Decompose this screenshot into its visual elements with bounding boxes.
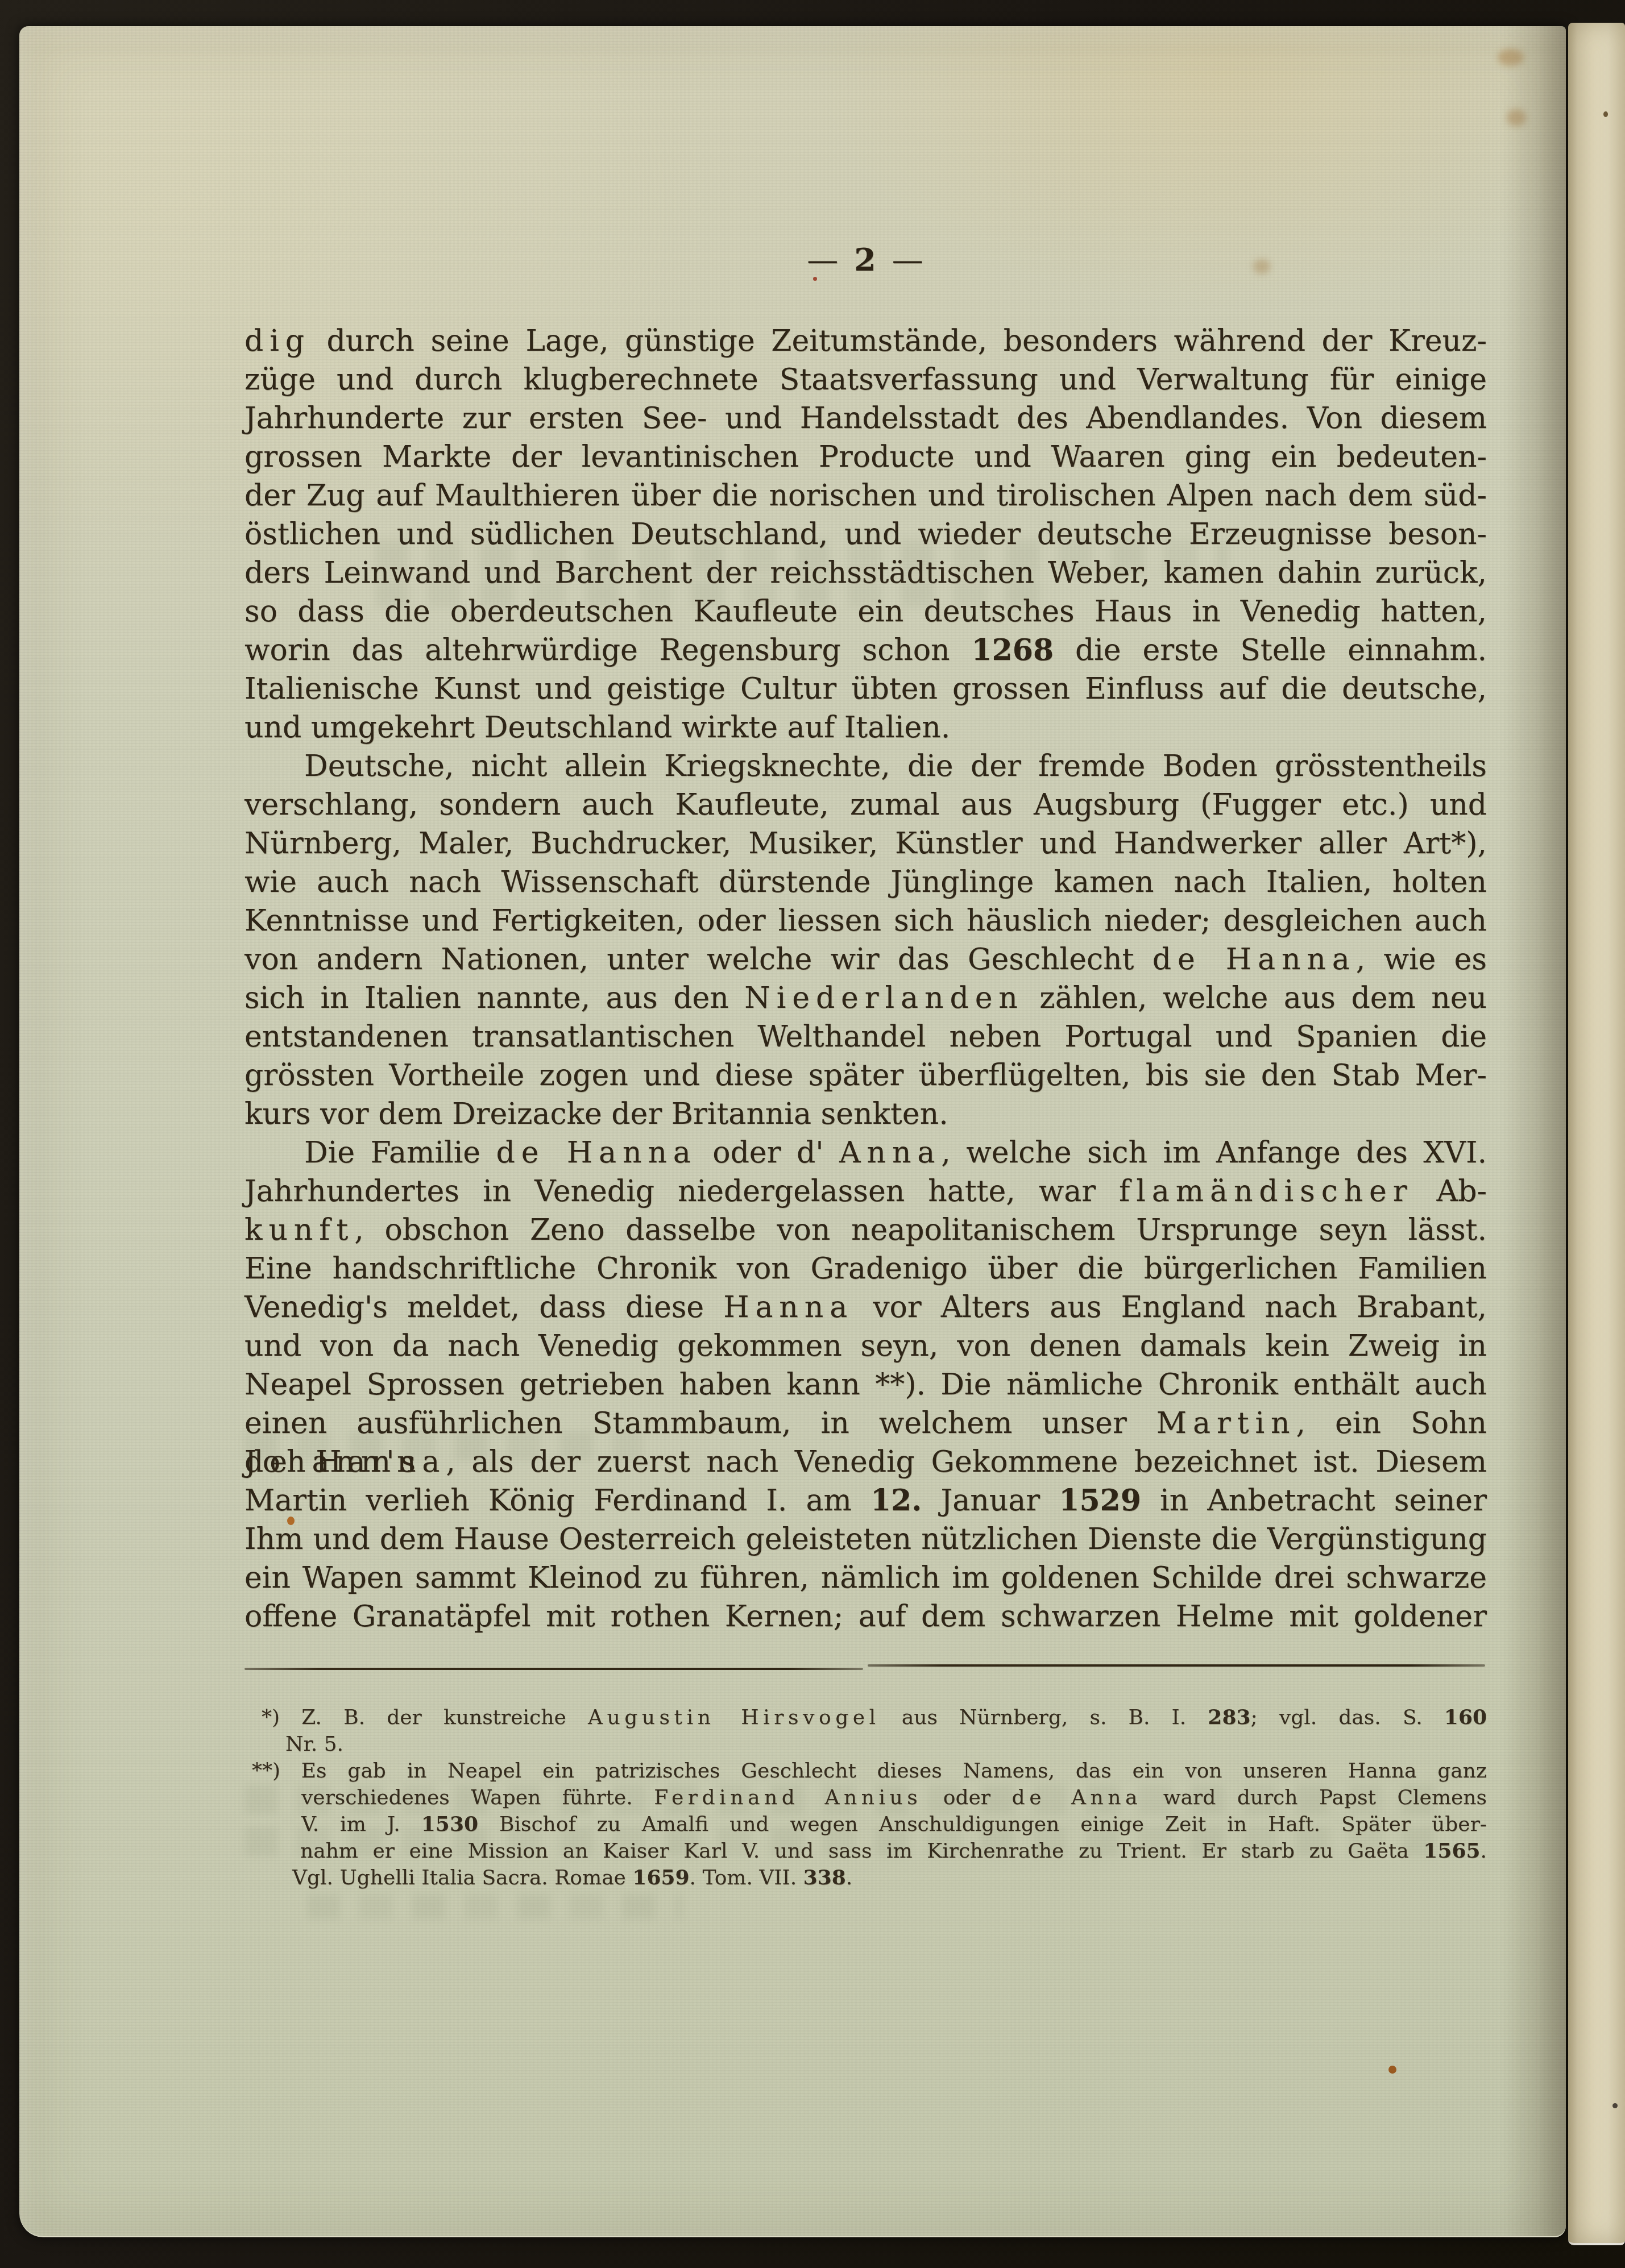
footnotes: *) Z. B. der kunstreiche Augustin Hirsvo… [244, 1704, 1487, 1891]
text-line: Martin verlieh König Ferdinand I. am 12.… [244, 1481, 1487, 1520]
page-number-value: 2 [839, 241, 892, 278]
paper-stain [1507, 109, 1526, 126]
text-line: sich in Italien nannte, aus den Niederla… [244, 979, 1487, 1017]
page-number-dash-left: — [807, 242, 839, 278]
ink-speck [1388, 2066, 1396, 2074]
text-line: verschlang, sondern auch Kaufleute, zuma… [244, 786, 1487, 824]
adjacent-page-edge [1568, 23, 1625, 2245]
text-line: grössten Vortheile zogen und diese späte… [244, 1056, 1487, 1095]
footnote-separator [244, 1668, 863, 1670]
text-line: Italienische Kunst und geistige Cultur ü… [244, 670, 1487, 708]
scan-background: —2— dig durch seine Lage, günstige Zeitu… [0, 0, 1625, 2268]
footnote-line: Vgl. Ughelli Italia Sacra. Romae 1659. T… [244, 1864, 1487, 1891]
text-line: dig durch seine Lage, günstige Zeitumstä… [244, 322, 1487, 360]
footnote-line: *) Z. B. der kunstreiche Augustin Hirsvo… [244, 1704, 1487, 1731]
text-line: kunft, obschon Zeno dasselbe von neapoli… [244, 1211, 1487, 1249]
text-line: Neapel Sprossen getrieben haben kann **)… [244, 1365, 1487, 1404]
show-through-ghost [307, 1894, 682, 1919]
text-line: Jahrhunderte zur ersten See- und Handels… [244, 399, 1487, 438]
paper-stain [1498, 49, 1524, 66]
text-line: entstandenen transatlantischen Welthande… [244, 1017, 1487, 1056]
text-line: wie auch nach Wissenschaft dürstende Jün… [244, 863, 1487, 902]
text-line: Kenntnisse und Fertigkeiten, oder liesse… [244, 902, 1487, 940]
text-line: einen ausführlichen Stammbaum, in welche… [244, 1404, 1487, 1443]
text-line: Die Familie de Hanna oder d' Anna, welch… [244, 1133, 1487, 1172]
text-line: so dass die oberdeutschen Kaufleute ein … [244, 592, 1487, 631]
text-line: ein Wapen sammt Kleinod zu führen, nämli… [244, 1559, 1487, 1597]
page-number: —2— [244, 242, 1487, 277]
page-number-dash-right: — [892, 242, 925, 278]
ink-speck [1603, 111, 1608, 117]
text-line: grossen Markte der levantinischen Produc… [244, 438, 1487, 476]
text-line: Deutsche, nicht allein Kriegsknechte, di… [244, 747, 1487, 786]
text-line: de Hanna, als der zuerst nach Venedig Ge… [244, 1443, 1487, 1481]
footnote-line: **) Es gab in Neapel ein patrizisches Ge… [244, 1758, 1487, 1784]
text-line: und umgekehrt Deutschland wirkte auf Ita… [244, 708, 1487, 747]
text-line: von andern Nationen, unter welche wir da… [244, 940, 1487, 979]
text-line: Venedig's meldet, dass diese Hanna vor A… [244, 1288, 1487, 1327]
footnote-line: verschiedenes Wapen führte. Ferdinand An… [244, 1784, 1487, 1811]
book-page: —2— dig durch seine Lage, günstige Zeitu… [19, 26, 1566, 2237]
text-line: Jahrhundertes in Venedig niedergelassen … [244, 1172, 1487, 1211]
footnote-line: Nr. 5. [244, 1731, 1487, 1758]
footnote-line: V. im J. 1530 Bischof zu Amalfi und wege… [244, 1811, 1487, 1838]
text-line: östlichen und südlichen Deutschland, und… [244, 515, 1487, 554]
text-line: Eine handschriftliche Chronik von Graden… [244, 1249, 1487, 1288]
main-text: dig durch seine Lage, günstige Zeitumstä… [244, 322, 1487, 1636]
text-line: Ihm und dem Hause Oesterreich geleistete… [244, 1520, 1487, 1559]
text-line: ders Leinwand und Barchent der reichsstä… [244, 554, 1487, 592]
text-line: worin das altehrwürdige Regensburg schon… [244, 631, 1487, 670]
footnote-line: nahm er eine Mission an Kaiser Karl V. u… [244, 1838, 1487, 1864]
text-line: Nürnberg, Maler, Buchdrucker, Musiker, K… [244, 824, 1487, 863]
text-line: der Zug auf Maulthieren über die norisch… [244, 476, 1487, 515]
text-line: offene Granatäpfel mit rothen Kernen; au… [244, 1597, 1487, 1636]
text-line: züge und durch klugberechnete Staatsverf… [244, 360, 1487, 399]
text-line: und von da nach Venedig gekommen seyn, v… [244, 1327, 1487, 1365]
ink-speck [1612, 2103, 1618, 2108]
footnote-separator [868, 1664, 1485, 1667]
text-line: kurs vor dem Dreizacke der Britannia sen… [244, 1095, 1487, 1133]
